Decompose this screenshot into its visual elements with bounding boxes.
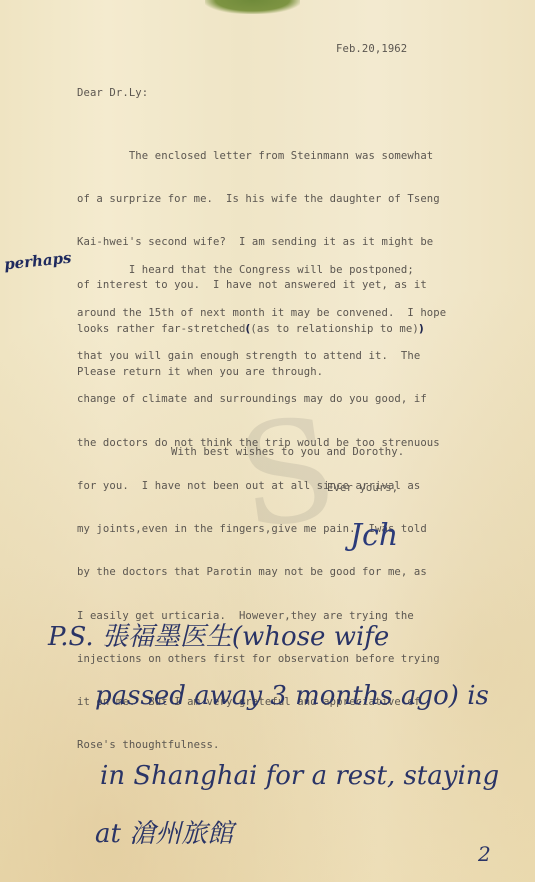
- text-line: by the doctors that Parotin may not be g…: [77, 565, 446, 579]
- text-line: The enclosed letter from Steinmann was s…: [77, 149, 440, 163]
- page-number: 2: [478, 842, 491, 866]
- letter-date: Feb.20,1962: [336, 43, 407, 55]
- letter-page: S Feb.20,1962 Dear Dr.Ly: The enclosed l…: [0, 0, 535, 882]
- margin-note-perhaps: perhaps: [3, 249, 72, 274]
- text-line: of a surprize for me. Is his wife the da…: [77, 192, 440, 206]
- text-line: change of climate and surroundings may d…: [77, 392, 446, 406]
- postscript-line-4: at 滄州旅館: [95, 805, 233, 863]
- postscript-line-2: passed away 3 months ago) is: [95, 667, 489, 725]
- salutation: Dear Dr.Ly:: [77, 87, 148, 99]
- signature: Jch: [350, 518, 398, 553]
- text-line: around the 15th of next month it may be …: [77, 306, 446, 320]
- letterhead-crest: [205, 0, 300, 14]
- postscript-line-1: P.S. 張福墨医生(whose wife: [48, 608, 389, 666]
- text-line: that you will gain enough strength to at…: [77, 349, 446, 363]
- text-line: I heard that the Congress will be postpo…: [77, 263, 446, 277]
- closing-wishes: With best wishes to you and Dorothy.: [171, 446, 404, 458]
- postscript-line-3: in Shanghai for a rest, staying: [100, 747, 499, 805]
- closing: Ever yours,: [327, 482, 398, 494]
